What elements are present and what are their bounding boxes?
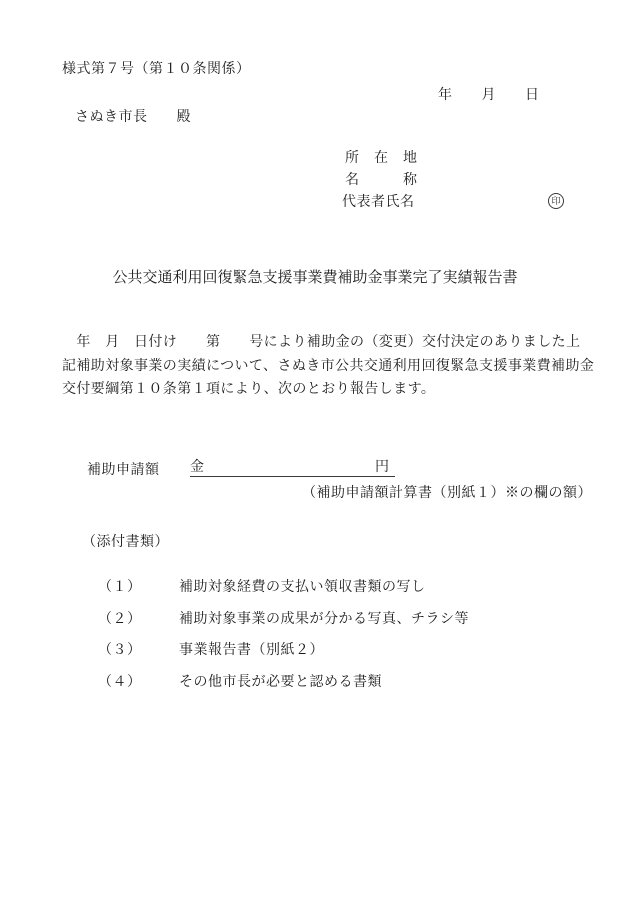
sender-representative-label: 代表者氏名 bbox=[342, 194, 415, 211]
body-line-2: 記補助対象事業の実績について、さぬき市公共交通利用回復緊急支援事業費補助金 bbox=[62, 355, 582, 379]
document-page: 様式第７号（第１０条関係） 年 月 日 さぬき市長 殿 所 在 地 名 称 代表… bbox=[0, 0, 630, 903]
attachment-item-text: その他市長が必要と認める書類 bbox=[179, 675, 382, 690]
attachment-item-text: 事業報告書（別紙２） bbox=[179, 643, 324, 658]
form-number: 様式第７号（第１０条関係） bbox=[62, 61, 251, 78]
seal-stamp-mark: 印 bbox=[548, 193, 564, 209]
attachments-heading: （添付書類） bbox=[82, 534, 169, 551]
date-field: 年 月 日 bbox=[438, 87, 540, 104]
currency-prefix: 金 bbox=[190, 459, 204, 476]
amount-blank-field: 金 円 bbox=[190, 459, 395, 477]
body-line-3: 交付要綱第１０条第１項により、次のとおり報告します。 bbox=[62, 378, 582, 402]
sender-address-label: 所 在 地 bbox=[345, 150, 418, 167]
sender-name-label: 名 称 bbox=[345, 172, 418, 189]
addressee: さぬき市長 殿 bbox=[75, 109, 191, 126]
currency-suffix: 円 bbox=[375, 459, 389, 476]
amount-label: 補助申請額 bbox=[87, 462, 160, 479]
body-paragraph: 年 月 日付け 第 号により補助金の（変更）交付決定のありました上 記補助対象事… bbox=[62, 331, 582, 402]
attachment-item: （４）その他市長が必要と認める書類 bbox=[82, 657, 382, 708]
document-title: 公共交通利用回復緊急支援事業費補助金事業完了実績報告書 bbox=[0, 269, 630, 287]
attachment-item-text: 補助対象経費の支払い領収書類の写し bbox=[179, 580, 426, 595]
amount-calculation-note: （補助申請額計算書（別紙１）※の欄の額） bbox=[302, 485, 592, 502]
attachment-item-number: （４） bbox=[98, 674, 179, 691]
body-line-1: 年 月 日付け 第 号により補助金の（変更）交付決定のありました上 bbox=[62, 331, 582, 355]
